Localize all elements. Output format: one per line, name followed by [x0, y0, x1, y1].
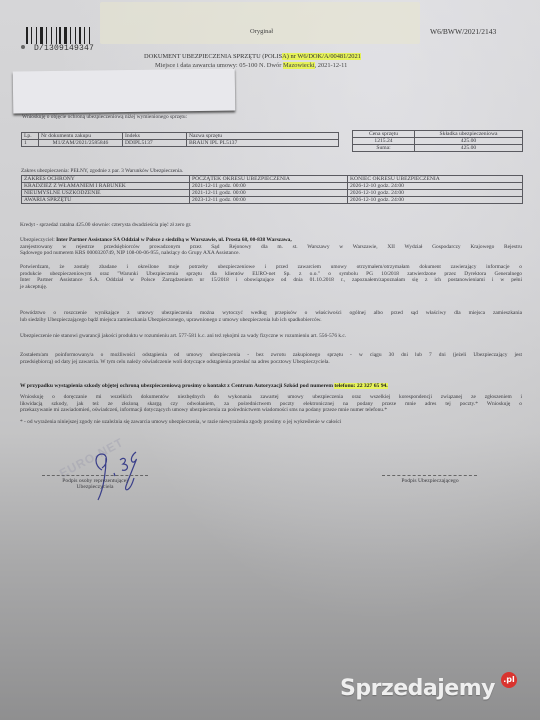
signature-label-left: Podpis osoby reprezentującej Ubezpieczyc…: [40, 478, 150, 490]
cell-doc: M1/ZAM/2021/2585846: [39, 140, 123, 147]
coverage-table: ZAKRES OCHRONY POCZĄTEK OKRESU UBEZPIECZ…: [21, 175, 523, 204]
paragraph-line: je akceptuję.: [20, 284, 522, 291]
table-row: KRADZIEŻ Z WŁAMANIEM I RABUNEK 2021-12-1…: [22, 183, 523, 190]
paragraph-line: Inter Partner Assistance S.A. Oddział w …: [20, 277, 522, 284]
price-header-row: Cena sprzętu Składka ubezpieczeniowa: [353, 131, 523, 138]
insurer-name: Inter Partner Assistance SA Oddział w Po…: [56, 237, 292, 243]
cell-end: 2026-12-10 godz. 24:00: [348, 197, 523, 204]
col-index: Indeks: [123, 133, 187, 140]
cell-index: DDIPL5137: [123, 140, 187, 147]
insurer-block: Ubezpieczyciel: Inter Partner Assistance…: [20, 237, 522, 257]
damage-phone-highlight: telefonu: 22 327 65 94.: [334, 383, 387, 389]
price-table: Cena sprzętu Składka ubezpieczeniowa 121…: [352, 130, 523, 152]
warranty-paragraph: Ubezpieczenie nie stanowi gwarancji jako…: [20, 333, 346, 340]
table-row: AWARIA SPRZĘTU 2023-12-11 godz. 00:00 20…: [22, 197, 523, 204]
insurer-label: Ubezpieczyciel:: [20, 237, 56, 243]
place-suffix: , 2021-12-11: [315, 62, 348, 69]
damage-contact-text: W przypadku wystąpienia szkody objętej o…: [20, 383, 334, 389]
sum-label: Suma:: [353, 145, 415, 152]
cell-price: 1215.24: [353, 138, 415, 145]
table-row: 1 M1/ZAM/2021/2585846 DDIPL5137 BRAUN IP…: [22, 140, 339, 147]
coverage-header-row: ZAKRES OCHRONY POCZĄTEK OKRESU UBEZPIECZ…: [22, 176, 523, 183]
col-start: POCZĄTEK OKRESU UBEZPIECZENIA: [190, 176, 348, 183]
signature-left-line2: Ubezpieczyciela: [40, 484, 150, 490]
sprzedajemy-watermark: Sprzedajemy: [340, 676, 495, 701]
redaction-paper: [13, 68, 236, 113]
cell-name: BRAUN IPL PL5137: [187, 140, 339, 147]
paragraph-line: Powództwo o roszczenie wynikające z umow…: [20, 310, 522, 317]
barcode: [26, 27, 94, 44]
sum-value: 425.00: [415, 145, 523, 152]
original-label: Oryginał: [250, 28, 273, 35]
request-line: Wnioskuję o objęcie ochroną ubezpieczeni…: [22, 114, 187, 121]
paragraph-line: przekazywanie mi zawiadomień, oświadczeń…: [20, 407, 522, 414]
cell-lp: 1: [22, 140, 39, 147]
col-lp: Lp.: [22, 133, 39, 140]
cell-scope: NIEUMYŚLNE USZKODZENIE: [22, 190, 190, 197]
table-row: 1215.24 425.00: [353, 138, 523, 145]
equipment-header-row: Lp. Nr dokumentu zakupu Indeks Nazwa spr…: [22, 133, 339, 140]
withdrawal-paragraph: Zostałem/am poinformowany/a o możliwości…: [20, 352, 522, 365]
tape-strip: [100, 2, 420, 44]
footnote: * - od wyrażenia niniejszej zgody nie uz…: [20, 419, 341, 426]
cell-end: 2026-12-10 godz. 24:00: [348, 190, 523, 197]
title-text: DOKUMENT UBEZPIECZENIA SPRZĘTU (POLIS: [144, 53, 282, 60]
credit-line: Kredyt - sprzedaż ratalna 425.00 słownie…: [20, 222, 191, 229]
coverage-intro: Zakres ubezpieczenia: PEŁNY, zgodnie z p…: [21, 168, 183, 175]
paragraph-line: produkcie ubezpieczeniowym oraz "Warunki…: [20, 271, 522, 278]
cell-premium: 425.00: [415, 138, 523, 145]
barcode-number: D/1309149347: [34, 44, 94, 53]
col-doc: Nr dokumentu zakupu: [39, 133, 123, 140]
signature-line-right: [382, 475, 477, 476]
signature-line-left: [42, 475, 148, 476]
sprzedajemy-badge: .pl: [501, 672, 517, 688]
paragraph-line: przedsiębiorcą) od daty jej zawarcia. W …: [20, 359, 522, 366]
barcode-dot: [21, 45, 25, 49]
place-date-line: Miejsce i data zawarcia umowy: 05-100 N.…: [155, 62, 347, 69]
paragraph-line: Zostałem/am poinformowany/a o możliwości…: [20, 352, 522, 359]
policy-number-highlight: A) nr W6/DOK/A/00481/2021: [282, 53, 361, 60]
confirm-paragraph: Potwierdzam, że zostały zbadane i określ…: [20, 264, 522, 291]
table-row: NIEUMYŚLNE USZKODZENIE 2021-12-11 godz. …: [22, 190, 523, 197]
cell-start: 2021-12-11 godz. 00:00: [190, 183, 348, 190]
sum-row: Suma: 425.00: [353, 145, 523, 152]
delivery-paragraph: Wnioskuję o doręczanie mi wszelkich doku…: [20, 394, 522, 414]
insurer-line2: zarejestrowany w rejestrze przedsiębiorc…: [20, 244, 522, 251]
cell-start: 2023-12-11 godz. 00:00: [190, 197, 348, 204]
cell-scope: KRADZIEŻ Z WŁAMANIEM I RABUNEK: [22, 183, 190, 190]
paragraph-line: lub siedziby Ubezpieczającego bądź miejs…: [20, 317, 522, 324]
equipment-table: Lp. Nr dokumentu zakupu Indeks Nazwa spr…: [21, 132, 339, 147]
col-name: Nazwa sprzętu: [187, 133, 339, 140]
col-scope: ZAKRES OCHRONY: [22, 176, 190, 183]
damage-contact-line: W przypadku wystąpienia szkody objętej o…: [20, 383, 388, 390]
place-highlight: Mazowiecki: [283, 62, 315, 69]
cell-end: 2026-12-10 godz. 24:00: [348, 183, 523, 190]
cell-scope: AWARIA SPRZĘTU: [22, 197, 190, 204]
col-price: Cena sprzętu: [353, 131, 415, 138]
insurer-line3: Sądowego pod numerem KRS 0000320749, NIP…: [20, 250, 522, 257]
col-premium: Składka ubezpieczeniowa: [415, 131, 523, 138]
paragraph-line: Wnioskuję o doręczanie mi wszelkich doku…: [20, 394, 522, 401]
cell-start: 2021-12-11 godz. 00:00: [190, 190, 348, 197]
paragraph-line: Potwierdzam, że zostały zbadane i określ…: [20, 264, 522, 271]
document-title: DOKUMENT UBEZPIECZENIA SPRZĘTU (POLISA) …: [144, 53, 361, 60]
lawsuit-paragraph: Powództwo o roszczenie wynikające z umow…: [20, 310, 522, 323]
col-end: KONIEC OKRESU UBEZPIECZENIA: [348, 176, 523, 183]
signature-label-right: Podpis Ubezpieczającego: [380, 478, 480, 484]
document-reference: W6/BWW/2021/2143: [430, 27, 496, 36]
